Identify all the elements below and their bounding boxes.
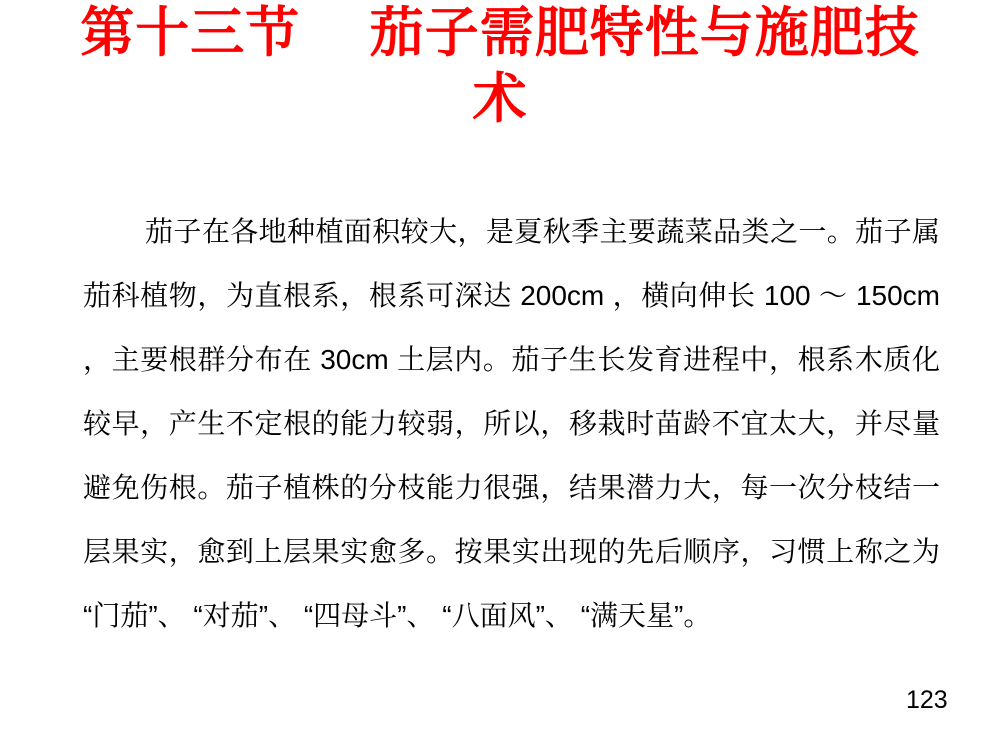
page-number: 123: [906, 686, 948, 714]
body-text-line: 层果实，愈到上层果实愈多。按果实出现的先后顺序，习惯上称之为: [83, 520, 940, 584]
body-text-line: 避免伤根。茄子植株的分枝能力很强，结果潜力大，每一次分枝结一: [83, 456, 940, 520]
body-text-line: 较早，产生不定根的能力较弱，所以，移栽时苗龄不宜太大，并尽量: [83, 392, 940, 456]
body-text-line: “门茄”、 “对茄”、 “四母斗”、 “八面风”、 “满天星”。: [83, 584, 940, 648]
body-text-line: 茄子在各地种植面积较大，是夏秋季主要蔬菜品类之一。茄子属: [83, 200, 940, 264]
slide-title-line-2: 术: [0, 66, 1000, 132]
body-text-line: 茄科植物，为直根系，根系可深达 200cm ，横向伸长 100 ～ 150cm: [83, 264, 940, 328]
slide-title-line-1: 第十三节 茄子需肥特性与施肥技: [0, 0, 1000, 66]
slide-page: 第十三节 茄子需肥特性与施肥技 术 茄子在各地种植面积较大，是夏秋季主要蔬菜品类…: [0, 0, 1000, 750]
slide-title: 第十三节 茄子需肥特性与施肥技 术: [0, 0, 1000, 132]
body-paragraph: 茄子在各地种植面积较大，是夏秋季主要蔬菜品类之一。茄子属 茄科植物，为直根系，根…: [83, 200, 940, 648]
body-text-line: ，主要根群分布在 30cm 土层内。茄子生长发育进程中，根系木质化: [83, 328, 940, 392]
